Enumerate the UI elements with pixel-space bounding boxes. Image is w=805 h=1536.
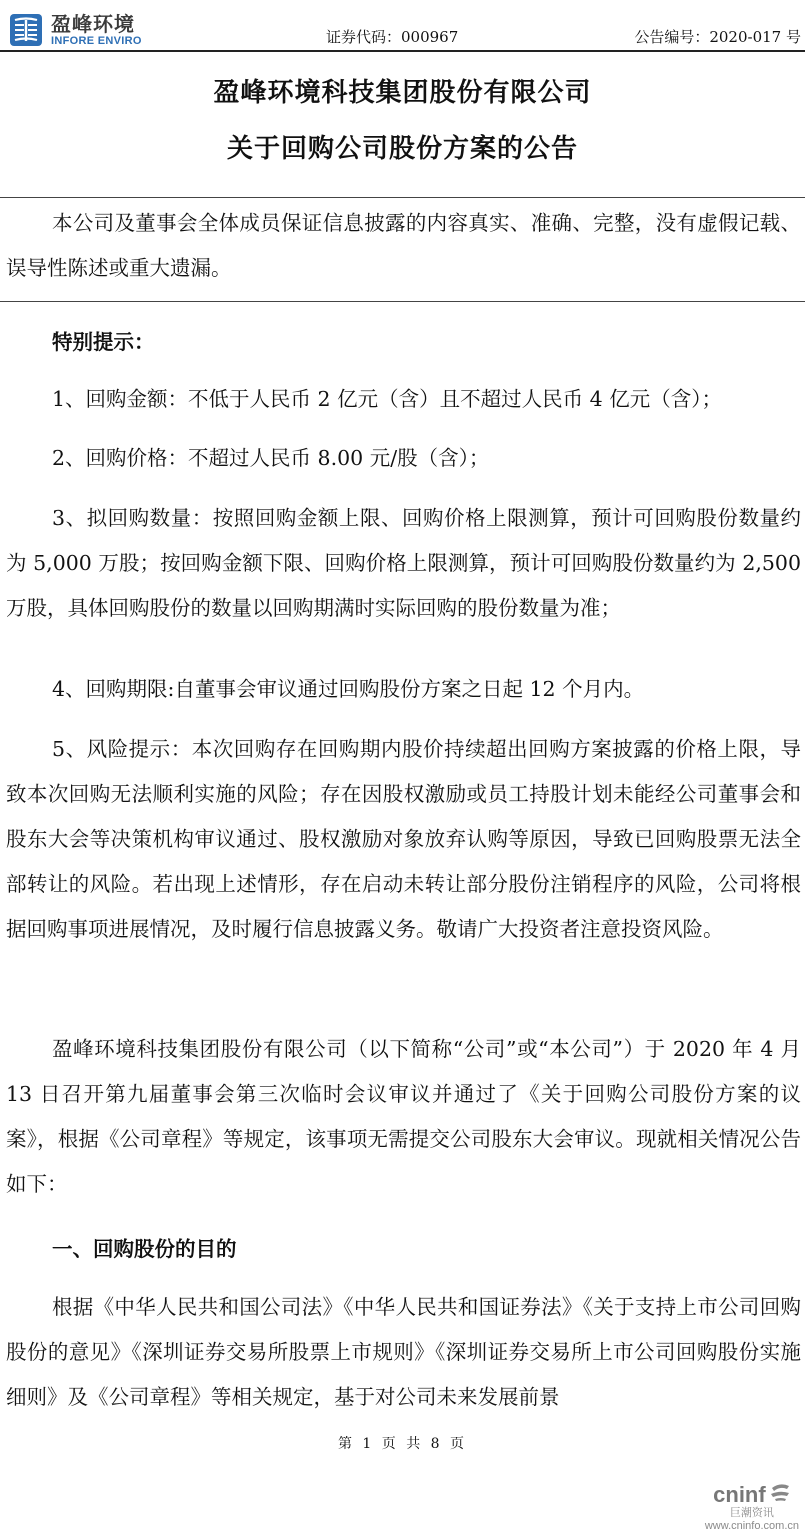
notice-item-4: 4、回购期限:自董事会审议通过回购股份方案之日起 12 个月内。	[6, 667, 801, 712]
watermark-url: www.cninfo.com.cn	[705, 1520, 799, 1533]
watermark-name-cn: 巨潮资讯	[705, 1507, 799, 1520]
disclaimer-text: 本公司及董事会全体成员保证信息披露的内容真实、准确、完整，没有虚假记载、误导性陈…	[6, 201, 801, 291]
document-header: 盈峰环境 INFORE ENVIRO 证券代码：000967 公告编号：2020…	[0, 0, 805, 52]
disclaimer-top-border	[0, 197, 805, 198]
document-title-line1: 盈峰环境科技集团股份有限公司	[0, 72, 805, 109]
intro-paragraph: 盈峰环境科技集团股份有限公司（以下简称“公司”或“本公司”）于 2020 年 4…	[6, 1027, 801, 1207]
cninfo-logo-icon	[769, 1482, 791, 1507]
infore-logo-icon	[9, 13, 43, 47]
logo-name-en: INFORE ENVIRO	[51, 36, 142, 47]
notice-item-3: 3、拟回购数量：按照回购金额上限、回购价格上限测算，预计可回购股份数量约为 5,…	[6, 496, 801, 631]
cninfo-watermark: cninf 巨潮资讯 www.cninfo.com.cn	[705, 1482, 799, 1533]
special-notice-heading: 特别提示：	[6, 320, 801, 365]
notice-item-2: 2、回购价格：不超过人民币 8.00 元/股（含）；	[6, 436, 801, 481]
company-logo: 盈峰环境 INFORE ENVIRO	[9, 13, 142, 47]
watermark-brand: cninf	[713, 1484, 766, 1506]
logo-name-cn: 盈峰环境	[51, 14, 142, 34]
page-indicator: 第 1 页 共 8 页	[0, 1433, 805, 1453]
stock-code: 证券代码：000967	[326, 26, 458, 47]
section-1-paragraph: 根据《中华人民共和国公司法》《中华人民共和国证券法》《关于支持上市公司回购股份的…	[6, 1285, 801, 1420]
notice-item-1: 1、回购金额：不低于人民币 2 亿元（含）且不超过人民币 4 亿元（含）；	[6, 377, 801, 422]
notice-item-5: 5、风险提示：本次回购存在回购期内股价持续超出回购方案披露的价格上限，导致本次回…	[6, 727, 801, 952]
document-title-line2: 关于回购公司股份方案的公告	[0, 128, 805, 165]
header-divider	[0, 50, 805, 52]
notice-number: 公告编号：2020-017 号	[634, 26, 801, 47]
section-1-heading: 一、回购股份的目的	[6, 1227, 801, 1272]
disclaimer-bottom-border	[0, 301, 805, 302]
